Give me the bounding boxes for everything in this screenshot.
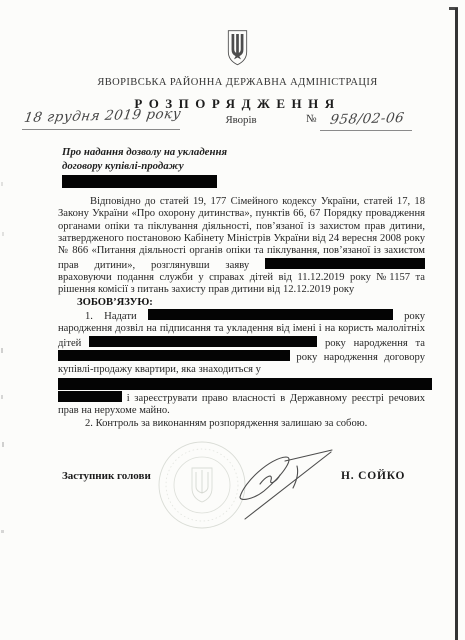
item1-text-1: 1. Надати (85, 311, 137, 322)
scan-speck (1, 395, 3, 399)
redaction-bar (62, 175, 217, 188)
scan-speck (1, 530, 4, 533)
number-sign: № (306, 113, 317, 125)
scan-speck (1, 348, 3, 353)
organization-name: ЯВОРІВСЬКА РАЙОННА ДЕРЖАВНА АДМІНІСТРАЦІ… (10, 77, 465, 88)
document-header: ЯВОРІВСЬКА РАЙОННА ДЕРЖАВНА АДМІНІСТРАЦІ… (10, 0, 465, 112)
handwritten-signature-icon (228, 440, 340, 526)
redaction-bar (58, 391, 122, 402)
obligate-heading: ЗОБОВ’ЯЗУЮ: (58, 297, 425, 309)
redaction-bar (89, 336, 317, 347)
handwritten-number: 958/02-06 (320, 111, 412, 131)
subject-line-2: договору купівлі-продажу (62, 160, 242, 174)
paragraph-item-1-continued: і зареєструвати право власності в Держав… (58, 391, 425, 418)
scan-speck (1, 182, 3, 186)
signer-title: Заступник голови (62, 470, 151, 482)
signature-block: Заступник голови Н. СОЙКО (0, 438, 465, 568)
subject-line-1: Про надання дозволу на укладення (62, 146, 242, 160)
paragraph-legal-basis: Відповідно до статей 19, 177 Сімейного к… (58, 196, 425, 297)
document-number: №958/02-06 (306, 111, 412, 131)
scan-speck (2, 232, 4, 236)
handwritten-date: 18 грудня 2019 року (22, 109, 180, 130)
redaction-bar-full-width (58, 378, 432, 390)
scanned-document-page: ЯВОРІВСЬКА РАЙОННА ДЕРЖАВНА АДМІНІСТРАЦІ… (0, 0, 465, 640)
paragraph-item-1: 1. Надати року народження дозвіл на підп… (58, 309, 425, 377)
subject-block: Про надання дозволу на укладення договор… (62, 146, 242, 189)
redaction-bar (148, 309, 393, 320)
dateline-row: 18 грудня 2019 року Яворів №958/02-06 (0, 108, 465, 134)
legal-basis-continued: враховуючи подання служби у справах діте… (58, 272, 425, 295)
scan-speck (2, 442, 4, 447)
document-body: Відповідно до статей 19, 177 Сімейного к… (58, 196, 425, 430)
trident-emblem-icon (224, 29, 251, 67)
redaction-bar (58, 350, 290, 361)
item1-text-3: року народження та (325, 338, 425, 349)
paragraph-item-2: 2. Контроль за виконанням розпорядження … (58, 418, 425, 430)
signer-name: Н. СОЙКО (341, 470, 405, 482)
scan-edge-line (455, 8, 458, 640)
place-name: Яворів (210, 114, 272, 126)
redaction-bar (265, 258, 425, 269)
